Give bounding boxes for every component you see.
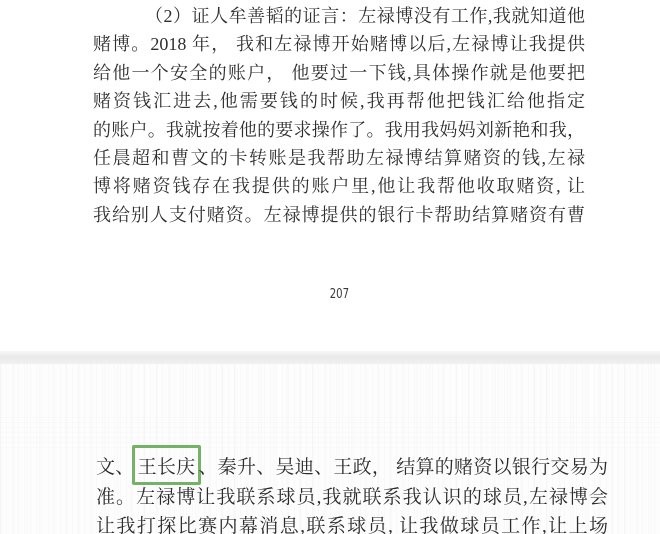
- document-viewer: （2）证人牟善韬的证言：左禄博没有工作,我就知道他 赌博。2018 年， 我和左…: [0, 0, 660, 534]
- paragraph-line-6: 任晨超和曹文的卡转账是我帮助左禄博结算赌资的钱,左禄: [93, 144, 585, 172]
- testimony-paragraph-continued: 文、王长庆、秦升、吴迪、王政， 结算的赌资以银行交易为 准。左禄博让我联系球员,…: [96, 453, 608, 534]
- paragraph-line-1: （2）证人牟善韬的证言：左禄博没有工作,我就知道他: [93, 2, 585, 30]
- line-text-suffix: 、秦升、吴迪、王政， 结算的赌资以银行交易为: [198, 457, 608, 478]
- paragraph-line-4: 赌资钱汇进去,他需要钱的时候,我再帮他把钱汇给他指定: [93, 87, 585, 115]
- paragraph-line-5: 的账户。我就按着他的要求操作了。我用我妈妈刘新艳和我，: [93, 116, 585, 144]
- paragraph-line-11: 让我打探比赛内幕消息,联系球员, 让我做球员工作,让上场: [96, 512, 608, 534]
- page-divider: [0, 351, 660, 364]
- paragraph-line-2: 赌博。2018 年， 我和左禄博开始赌博以后,左禄博让我提供: [93, 30, 585, 58]
- highlighted-name: 王长庆: [138, 457, 196, 478]
- green-highlight-box: 王长庆: [132, 445, 202, 485]
- testimony-paragraph: （2）证人牟善韬的证言：左禄博没有工作,我就知道他 赌博。2018 年， 我和左…: [93, 2, 585, 229]
- document-page-207: （2）证人牟善韬的证言：左禄博没有工作,我就知道他 赌博。2018 年， 我和左…: [0, 0, 660, 351]
- page-number-container: 207: [93, 285, 585, 303]
- paragraph-line-3: 给他一个安全的账户， 他要过一下钱,具体操作就是他要把: [93, 59, 585, 87]
- paragraph-line-10: 准。左禄博让我联系球员,我就联系我认识的球员,左禄博会: [96, 483, 608, 513]
- paragraph-line-9: 文、王长庆、秦升、吴迪、王政， 结算的赌资以银行交易为: [96, 453, 608, 483]
- document-page-next: 文、王长庆、秦升、吴迪、王政， 结算的赌资以银行交易为 准。左禄博让我联系球员,…: [0, 364, 660, 534]
- line-text-prefix: 文、: [96, 457, 135, 478]
- page-number: 207: [329, 287, 348, 302]
- paragraph-line-8: 我给别人支付赌资。左禄博提供的银行卡帮助结算赌资有曹: [93, 201, 585, 229]
- paragraph-line-7: 博将赌资钱存在我提供的账户里,他让我帮他收取赌资, 让: [93, 172, 585, 200]
